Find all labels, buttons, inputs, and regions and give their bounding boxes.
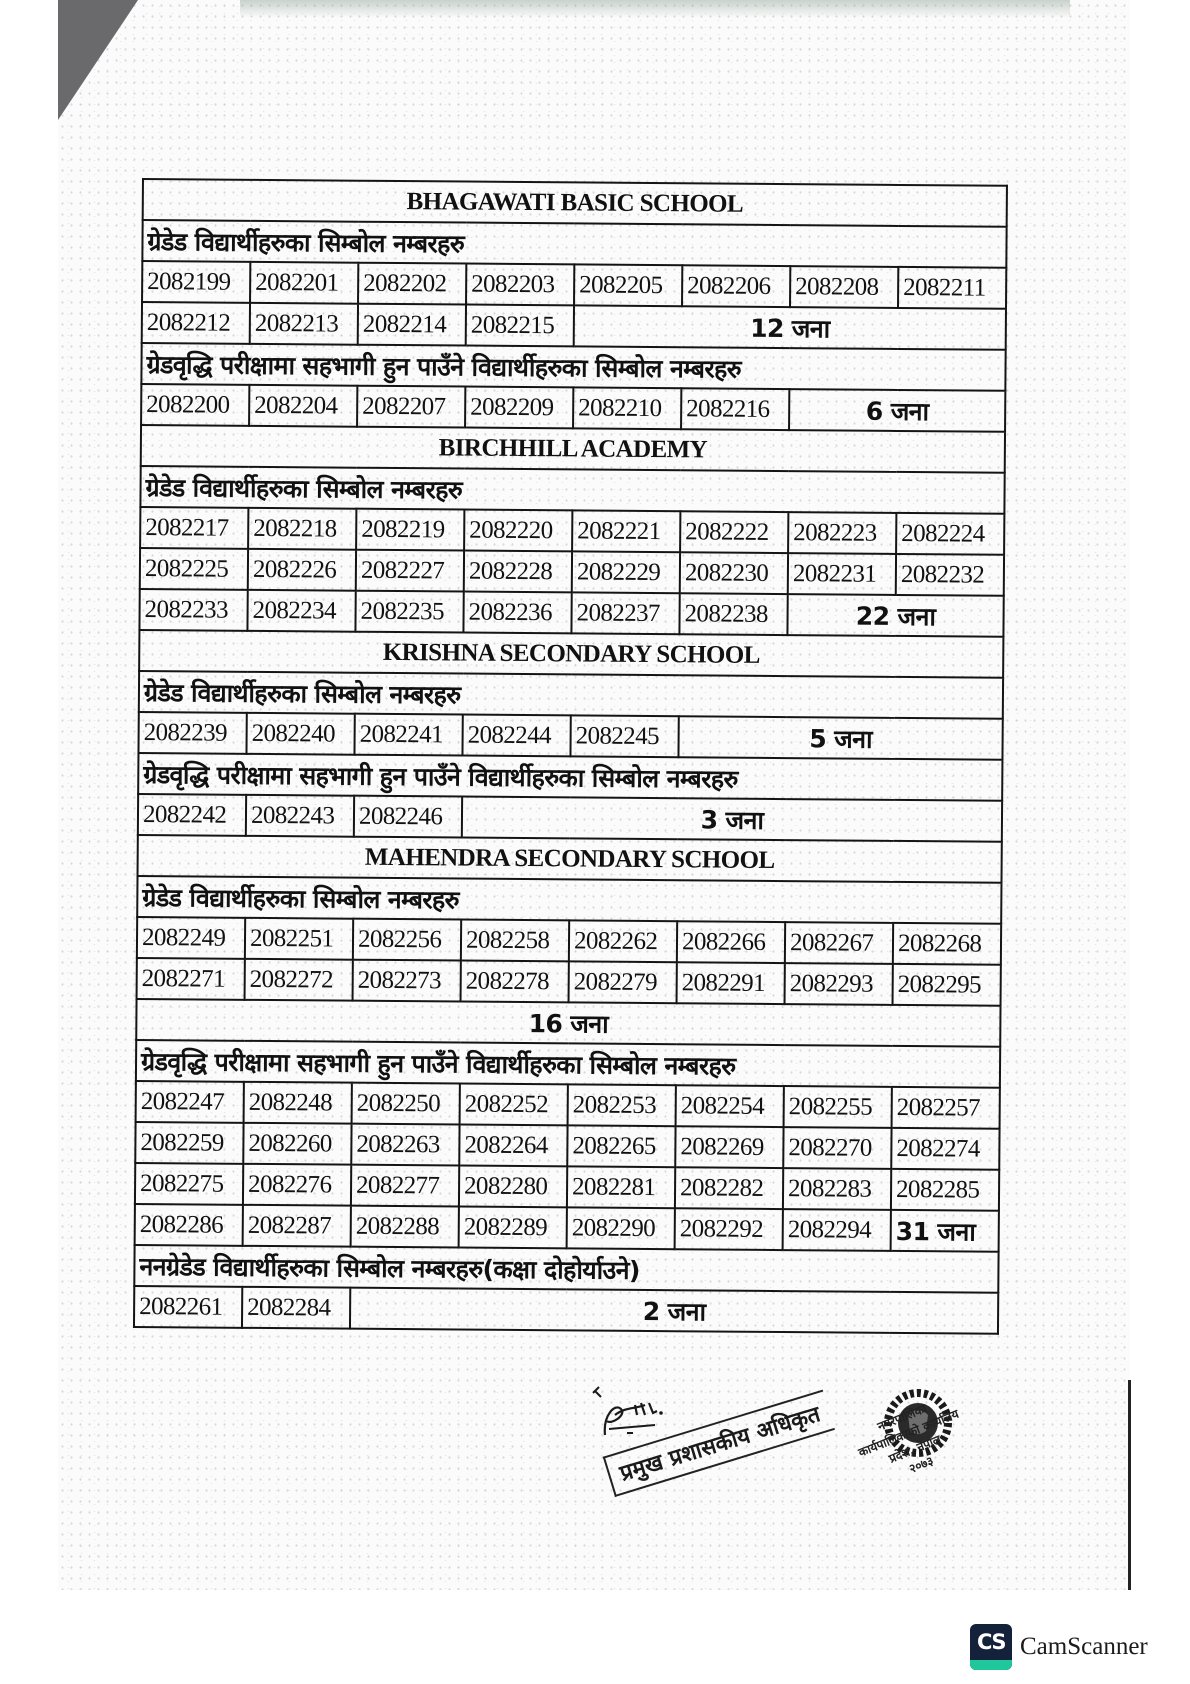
symbol-number-cell: 2082257 bbox=[892, 1087, 1000, 1129]
table-row: 208221220822132082214208221512 जना bbox=[142, 302, 1006, 350]
symbol-number-cell: 2082268 bbox=[893, 923, 1001, 965]
section-label: ग्रेडवृद्धि परीक्षामा सहभागी हुन पाउँने … bbox=[136, 1040, 1000, 1088]
section-label: ननग्रेडेड विद्यार्थीहरुका सिम्बोल नम्बरह… bbox=[134, 1245, 998, 1293]
symbol-number-cell: 2082241 bbox=[354, 714, 462, 756]
symbol-number-cell: 2082247 bbox=[136, 1081, 244, 1123]
symbol-number-cell: 2082274 bbox=[891, 1128, 999, 1170]
symbol-number-cell: 2082210 bbox=[573, 387, 681, 429]
symbol-number-cell: 2082251 bbox=[245, 918, 353, 960]
symbol-number-cell: 2082224 bbox=[896, 513, 1004, 555]
section-label-row: ग्रेडवृद्धि परीक्षामा सहभागी हुन पाउँने … bbox=[138, 753, 1002, 801]
symbol-number-cell: 2082285 bbox=[891, 1169, 999, 1211]
table-row: 2082247208224820822502082252208225320822… bbox=[136, 1081, 1000, 1129]
symbol-number-cell: 2082295 bbox=[893, 964, 1001, 1006]
section-label-row: ग्रेडेड विद्यार्थीहरुका सिम्बोल नम्बरहरु bbox=[142, 220, 1006, 268]
symbol-number-cell: 2082243 bbox=[246, 795, 354, 837]
school-name: MAHENDRA SECONDARY SCHOOL bbox=[138, 835, 1002, 883]
scan-edge-shadow bbox=[240, 0, 1070, 18]
camscanner-logo-icon: CS bbox=[970, 1624, 1012, 1670]
symbol-number-cell: 2082292 bbox=[675, 1208, 783, 1250]
student-count: 3 जना bbox=[462, 797, 1002, 842]
symbol-number-cell: 2082229 bbox=[572, 551, 680, 593]
symbol-number-cell: 2082239 bbox=[138, 712, 246, 754]
table-row: 2082233208223420822352082236208223720822… bbox=[139, 589, 1003, 637]
symbol-number-cell: 2082213 bbox=[250, 303, 358, 345]
school-name: BHAGAWATI BASIC SCHOOL bbox=[143, 179, 1007, 227]
symbol-number-cell: 2082287 bbox=[243, 1205, 351, 1247]
symbol-number-cell: 2082235 bbox=[355, 591, 463, 633]
symbol-number-cell: 2082219 bbox=[356, 509, 464, 551]
symbol-number-cell: 2082272 bbox=[245, 959, 353, 1001]
symbol-number-cell: 2082222 bbox=[680, 511, 788, 553]
symbol-number-cell: 2082279 bbox=[569, 961, 677, 1003]
symbol-number-cell: 2082230 bbox=[680, 552, 788, 594]
student-count: 31 जना bbox=[891, 1210, 999, 1252]
symbol-number-cell: 2082264 bbox=[459, 1125, 567, 1167]
symbol-number-cell: 2082240 bbox=[246, 713, 354, 755]
symbol-number-cell: 2082290 bbox=[567, 1207, 675, 1249]
symbol-number-cell: 2082200 bbox=[141, 384, 249, 426]
symbol-number-cell: 2082267 bbox=[785, 922, 893, 964]
symbol-number-cell: 2082244 bbox=[462, 715, 570, 757]
symbol-number-cell: 2082275 bbox=[135, 1163, 243, 1205]
table-row: 208226120822842 जना bbox=[134, 1286, 998, 1334]
symbol-number-cell: 2082226 bbox=[248, 549, 356, 591]
symbol-number-cell: 2082242 bbox=[138, 794, 246, 836]
symbol-number-cell: 2082218 bbox=[248, 508, 356, 550]
table-row: 2082275208227620822772082280208228120822… bbox=[135, 1163, 999, 1211]
symbol-number-cell: 2082294 bbox=[783, 1209, 891, 1251]
symbol-number-cell: 2082284 bbox=[242, 1287, 350, 1329]
symbol-number-cell: 2082203 bbox=[466, 264, 574, 306]
section-label: ग्रेडेड विद्यार्थीहरुका सिम्बोल नम्बरहरु bbox=[140, 466, 1004, 514]
symbol-number-cell: 2082263 bbox=[351, 1124, 459, 1166]
symbol-number-cell: 2082231 bbox=[788, 553, 896, 595]
student-count: 16 जना bbox=[136, 999, 1000, 1047]
symbol-number-cell: 2082258 bbox=[461, 920, 569, 962]
symbol-number-cell: 2082293 bbox=[785, 963, 893, 1005]
symbol-number-cell: 2082269 bbox=[675, 1126, 783, 1168]
school-header-row: BHAGAWATI BASIC SCHOOL bbox=[143, 179, 1007, 227]
table-row: 2082286208228720822882082289208229020822… bbox=[135, 1204, 999, 1252]
symbol-number-cell: 2082206 bbox=[682, 265, 790, 307]
symbol-number-cell: 2082283 bbox=[783, 1168, 891, 1210]
student-count: 2 जना bbox=[350, 1288, 998, 1334]
symbol-number-cell: 2082215 bbox=[466, 305, 574, 347]
page-edge bbox=[1128, 1380, 1131, 1590]
symbol-number-cell: 2082248 bbox=[244, 1082, 352, 1124]
symbol-number-cell: 2082199 bbox=[142, 261, 250, 303]
section-label-row: ग्रेडेड विद्यार्थीहरुका सिम्बोल नम्बरहरु bbox=[137, 876, 1001, 924]
symbol-number-cell: 2082208 bbox=[790, 266, 898, 308]
section-label-row: ग्रेडेड विद्यार्थीहरुका सिम्बोल नम्बरहरु bbox=[140, 466, 1004, 514]
symbol-number-table: BHAGAWATI BASIC SCHOOLग्रेडेड विद्यार्थी… bbox=[133, 178, 1008, 1335]
section-label-row: ननग्रेडेड विद्यार्थीहरुका सिम्बोल नम्बरह… bbox=[134, 1245, 998, 1293]
camscanner-label: CamScanner bbox=[1020, 1633, 1148, 1661]
school-name: BIRCHHILL ACADEMY bbox=[141, 425, 1005, 473]
symbol-number-cell: 2082289 bbox=[459, 1207, 567, 1249]
symbol-number-cell: 2082277 bbox=[351, 1165, 459, 1207]
section-label-row: ग्रेडवृद्धि परीक्षामा सहभागी हुन पाउँने … bbox=[136, 1040, 1000, 1088]
symbol-number-cell: 2082265 bbox=[567, 1125, 675, 1167]
symbol-number-cell: 2082228 bbox=[464, 551, 572, 593]
symbol-number-cell: 2082252 bbox=[460, 1084, 568, 1126]
symbol-number-cell: 2082280 bbox=[459, 1166, 567, 1208]
school-header-row: MAHENDRA SECONDARY SCHOOL bbox=[138, 835, 1002, 883]
table-row: 2082249208225120822562082258208226220822… bbox=[137, 917, 1001, 965]
symbol-number-cell: 2082255 bbox=[784, 1086, 892, 1128]
symbol-number-cell: 2082220 bbox=[464, 510, 572, 552]
section-label: ग्रेडवृद्धि परीक्षामा सहभागी हुन पाउँने … bbox=[141, 343, 1005, 391]
symbol-number-cell: 2082207 bbox=[357, 386, 465, 428]
symbol-number-cell: 2082246 bbox=[354, 796, 462, 838]
symbol-number-cell: 2082211 bbox=[898, 267, 1006, 309]
student-count: 12 जना bbox=[574, 305, 1006, 349]
section-label: ग्रेडवृद्धि परीक्षामा सहभागी हुन पाउँने … bbox=[138, 753, 1002, 801]
symbol-number-cell: 2082281 bbox=[567, 1166, 675, 1208]
symbol-number-cell: 2082245 bbox=[570, 715, 678, 757]
symbol-number-cell: 2082204 bbox=[249, 385, 357, 427]
symbol-number-cell: 2082266 bbox=[677, 921, 785, 963]
table-row: 2082200208220420822072082209208221020822… bbox=[141, 384, 1005, 432]
symbol-number-cell: 2082236 bbox=[463, 592, 571, 634]
symbol-number-cell: 2082238 bbox=[679, 593, 787, 635]
symbol-number-cell: 2082233 bbox=[139, 589, 247, 631]
symbol-number-cell: 2082216 bbox=[681, 388, 789, 430]
student-count: 22 जना bbox=[787, 594, 1003, 637]
symbol-number-cell: 2082256 bbox=[353, 919, 461, 961]
symbol-number-cell: 2082288 bbox=[351, 1206, 459, 1248]
symbol-number-cell: 2082202 bbox=[358, 263, 466, 305]
symbol-number-cell: 2082214 bbox=[358, 304, 466, 346]
table-row: 2082217208221820822192082220208222120822… bbox=[140, 507, 1004, 555]
section-label: ग्रेडेड विद्यार्थीहरुका सिम्बोल नम्बरहरु bbox=[142, 220, 1006, 268]
symbol-number-cell: 2082205 bbox=[574, 264, 682, 306]
symbol-number-cell: 2082201 bbox=[250, 262, 358, 304]
section-label-row: ग्रेडवृद्धि परीक्षामा सहभागी हुन पाउँने … bbox=[141, 343, 1005, 391]
student-count: 5 जना bbox=[678, 716, 1002, 760]
table-row: 2082271208227220822732082278208227920822… bbox=[137, 958, 1001, 1006]
symbol-number-cell: 2082259 bbox=[135, 1122, 243, 1164]
symbol-number-cell: 2082249 bbox=[137, 917, 245, 959]
camscanner-watermark: CS CamScanner bbox=[970, 1622, 1148, 1672]
symbol-number-cell: 2082223 bbox=[788, 512, 896, 554]
symbol-number-cell: 2082270 bbox=[783, 1127, 891, 1169]
symbol-number-cell: 2082212 bbox=[142, 302, 250, 344]
symbol-number-cell: 2082250 bbox=[352, 1083, 460, 1125]
school-header-row: KRISHNA SECONDARY SCHOOL bbox=[139, 630, 1003, 678]
symbol-number-cell: 2082237 bbox=[571, 592, 679, 634]
symbol-number-cell: 2082261 bbox=[134, 1286, 242, 1328]
symbol-number-cell: 2082225 bbox=[140, 548, 248, 590]
symbol-number-cell: 2082232 bbox=[896, 554, 1004, 596]
symbol-number-cell: 2082217 bbox=[140, 507, 248, 549]
symbol-number-cell: 2082276 bbox=[243, 1164, 351, 1206]
symbol-number-cell: 2082260 bbox=[243, 1123, 351, 1165]
student-count: 6 जना bbox=[789, 389, 1005, 432]
symbol-number-cell: 2082227 bbox=[356, 550, 464, 592]
section-label: ग्रेडेड विद्यार्थीहरुका सिम्बोल नम्बरहरु bbox=[139, 671, 1003, 719]
table-row: 208223920822402082241208224420822455 जना bbox=[138, 712, 1002, 760]
symbol-number-cell: 2082254 bbox=[676, 1085, 784, 1127]
school-name: KRISHNA SECONDARY SCHOOL bbox=[139, 630, 1003, 678]
table-row: 2082259208226020822632082264208226520822… bbox=[135, 1122, 999, 1170]
symbol-number-cell: 2082262 bbox=[569, 920, 677, 962]
school-header-row: BIRCHHILL ACADEMY bbox=[141, 425, 1005, 473]
symbol-number-cell: 2082221 bbox=[572, 510, 680, 552]
symbol-number-cell: 2082291 bbox=[677, 962, 785, 1004]
section-label: ग्रेडेड विद्यार्थीहरुका सिम्बोल नम्बरहरु bbox=[137, 876, 1001, 924]
signature-scribble bbox=[585, 1385, 675, 1445]
symbol-number-cell: 2082273 bbox=[353, 960, 461, 1002]
symbol-number-cell: 2082286 bbox=[135, 1204, 243, 1246]
symbol-number-cell: 2082234 bbox=[247, 590, 355, 632]
section-label-row: ग्रेडेड विद्यार्थीहरुका सिम्बोल नम्बरहरु bbox=[139, 671, 1003, 719]
table-row: 2082225208222620822272082228208222920822… bbox=[140, 548, 1004, 596]
symbol-number-cell: 2082253 bbox=[568, 1084, 676, 1126]
table-row: 2082199208220120822022082203208220520822… bbox=[142, 261, 1006, 309]
symbol-number-cell: 2082271 bbox=[137, 958, 245, 1000]
count-row: 16 जना bbox=[136, 999, 1000, 1047]
table-row: 2082242208224320822463 जना bbox=[138, 794, 1002, 842]
symbol-number-cell: 2082278 bbox=[461, 961, 569, 1003]
symbol-number-cell: 2082209 bbox=[465, 387, 573, 429]
symbol-number-cell: 2082282 bbox=[675, 1167, 783, 1209]
